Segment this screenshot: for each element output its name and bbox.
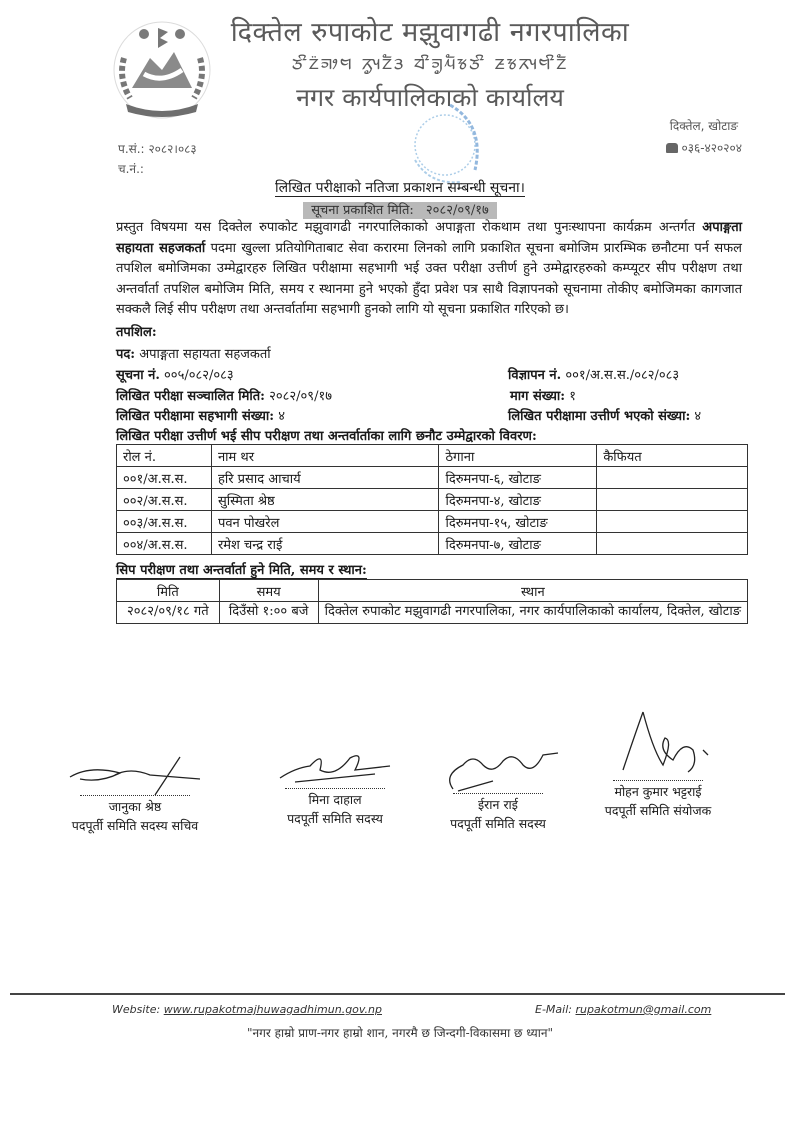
signatory-role: पदपूर्ती समिति सदस्य सचिव [45, 816, 225, 835]
tapasil-heading: तपशिल: [116, 322, 157, 340]
cell-remarks [597, 489, 748, 511]
cell-roll-no: ००१/अ.स.स. [117, 467, 212, 489]
cell-name: रमेश चन्द्र राई [211, 533, 439, 555]
org-name: दिक्तेल रुपाकोट मझुवागढी नगरपालिका [230, 12, 630, 49]
header-roll-no: रोल नं. [117, 445, 212, 467]
participants-count-field: लिखित परीक्षामा सहभागी संख्या: ४ [116, 406, 285, 424]
header-address: ठेगाना [439, 445, 597, 467]
reference-label: प.सं.: [118, 142, 145, 156]
header-time: समय [219, 580, 318, 602]
signatory-name: मिना दाहाल [255, 790, 415, 809]
footer-email: E-Mail: rupakotmun@gmail.com [535, 1003, 711, 1016]
published-date-value: २०८२/०९/१७ [422, 202, 493, 219]
cell-remarks [597, 511, 748, 533]
signature-icon [603, 710, 713, 780]
cell-roll-no: ००४/अ.स.स. [117, 533, 212, 555]
candidates-table: रोल नं. नाम थर ठेगाना कैफियत ००१/अ.स.स. … [116, 444, 748, 555]
notice-number-value: ००५/०८२/०८३ [164, 368, 234, 383]
email-label: E-Mail: [535, 1003, 572, 1016]
notice-number-field: सूचना नं. ००५/०८२/०८३ [116, 365, 234, 383]
signatory-role: पदपूर्ती समिति सदस्य [255, 809, 415, 828]
schedule-table-caption: सिप परीक्षण तथा अन्तर्वार्ता हुने मिति, … [116, 560, 367, 578]
advertisement-number-value: ००१/अ.स.स./०८२/०८३ [565, 368, 679, 383]
body-text-2: पदमा खुल्ला प्रतियोगिताबाट सेवा करारमा ल… [116, 241, 742, 318]
footer-website: Website: www.rupakotmajhuwagadhimun.gov.… [112, 1003, 382, 1016]
office-address: दिक्तेल, खोटाङ [670, 117, 738, 134]
signature-icon [275, 748, 395, 788]
signatory-name: मोहन कुमार भट्टराई [583, 782, 733, 801]
demand-count-value: १ [569, 389, 576, 404]
reference-value: २०८२।०८३ [148, 142, 196, 156]
passed-count-field: लिखित परीक्षामा उत्तीर्ण भएको संख्या: ४ [508, 406, 701, 424]
body-text-1: प्रस्तुत विषयमा यस दिक्तेल रुपाकोट मझुवा… [116, 220, 702, 235]
table-header-row: रोल नं. नाम थर ठेगाना कैफियत [117, 445, 748, 467]
dispatch-number: च.नं.: [118, 160, 144, 177]
post-field: पद: अपाङ्गता सहायता सहजकर्ता [116, 344, 271, 362]
cell-name: सुस्मिता श्रेष्ठ [211, 489, 439, 511]
advertisement-number-field: विज्ञापन नं. ००१/अ.स.स./०८२/०८३ [508, 365, 679, 383]
signature-icon [433, 745, 563, 793]
schedule-table: मिति समय स्थान २०८२/०९/१८ गते दिउँसो १:०… [116, 579, 748, 624]
website-link[interactable]: www.rupakotmajhuwagadhimun.gov.np [164, 1003, 382, 1016]
table-row: ००३/अ.स.स. पवन पोखरेल दिरुमनपा-१५, खोटाङ [117, 511, 748, 533]
table-row: ००४/अ.स.स. रमेश चन्द्र राई दिरुमनपा-७, ख… [117, 533, 748, 555]
office-phone: ०३६-४२०२०४ [666, 139, 743, 156]
signature-line [80, 795, 190, 796]
cell-time: दिउँसो १:०० बजे [219, 602, 318, 624]
advertisement-number-label: विज्ञापन नं. [508, 368, 561, 383]
exam-date-label: लिखित परीक्षा सञ्चालित मिति: [116, 389, 265, 404]
exam-date-value: २०८२/०९/१७ [269, 389, 332, 404]
signatory-member-1: मिना दाहाल पदपूर्ती समिति सदस्य [255, 748, 415, 828]
post-label: पद: [116, 347, 135, 362]
footer-motto: "नगर हाम्रो प्राण-नगर हाम्रो शान, नगरमै … [0, 1024, 800, 1041]
signatory-role: पदपूर्ती समिति सदस्य [418, 814, 578, 833]
participants-count-label: लिखित परीक्षामा सहभागी संख्या: [116, 409, 274, 424]
participants-count-value: ४ [278, 409, 285, 424]
signatory-member-secretary: जानुका श्रेष्ठ पदपूर्ती समिति सदस्य सचिव [45, 755, 225, 835]
cell-name: पवन पोखरेल [211, 511, 439, 533]
signature-line [453, 793, 543, 794]
signatory-name: जानुका श्रेष्ठ [45, 797, 225, 816]
dispatch-label: च.नं.: [118, 162, 144, 176]
signature-line [285, 788, 385, 789]
table-header-row: मिति समय स्थान [117, 580, 748, 602]
notice-title: लिखित परीक्षाको नतिजा प्रकाशन सम्बन्धी स… [0, 177, 800, 197]
cell-address: दिरुमनपा-६, खोटाङ [439, 467, 597, 489]
header-remarks: कैफियत [597, 445, 748, 467]
signatory-coordinator: मोहन कुमार भट्टराई पदपूर्ती समिति संयोजक [583, 710, 733, 820]
reference-number: प.सं.: २०८२।०८३ [118, 140, 197, 157]
cell-roll-no: ००३/अ.स.स. [117, 511, 212, 533]
signatory-role: पदपूर्ती समिति संयोजक [583, 801, 733, 820]
cell-address: दिरुमनपा-७, खोटाङ [439, 533, 597, 555]
website-label: Website: [112, 1003, 160, 1016]
cell-date: २०८२/०९/१८ गते [117, 602, 220, 624]
signatory-name: ईरान राई [418, 795, 578, 814]
notice-title-text: लिखित परीक्षाको नतिजा प्रकाशन सम्बन्धी स… [275, 180, 525, 197]
published-date: सूचना प्रकाशित मिति: २०८२/०९/१७ [0, 199, 800, 218]
candidates-caption-text: लिखित परीक्षा उत्तीर्ण भई सीप परीक्षण तथ… [116, 429, 537, 445]
nepal-emblem-icon [110, 18, 214, 122]
cell-address: दिरुमनपा-१५, खोटाङ [439, 511, 597, 533]
demand-count-label: माग संख्या: [510, 389, 565, 404]
passed-count-label: लिखित परीक्षामा उत्तीर्ण भएको संख्या: [508, 409, 690, 424]
passed-count-value: ४ [694, 409, 701, 424]
cell-venue: दिक्तेल रुपाकोट मझुवागढी नगरपालिका, नगर … [318, 602, 747, 624]
table-row: ००१/अ.स.स. हरि प्रसाद आचार्य दिरुमनपा-६,… [117, 467, 748, 489]
org-name-script: ᤍᤡᤁ᤺ᤈᤣᤗ ᤖᤢᤵᤁᤠᤋ ᤔᤡᤈᤢᤘᤠᤃᤍᤡ ᤏᤃᤖᤵᤗᤡᤁᤠ [230, 50, 630, 75]
email-link[interactable]: rupakotmun@gmail.com [575, 1003, 711, 1016]
demand-count-field: माग संख्या: १ [510, 386, 576, 404]
cell-remarks [597, 467, 748, 489]
cell-remarks [597, 533, 748, 555]
signatory-member-2: ईरान राई पदपूर्ती समिति सदस्य [418, 745, 578, 833]
post-value: अपाङ्गता सहायता सहजकर्ता [139, 347, 270, 362]
candidates-table-caption: लिखित परीक्षा उत्तीर्ण भई सीप परीक्षण तथ… [116, 426, 537, 444]
telephone-icon [666, 143, 678, 153]
signature-icon [60, 755, 210, 795]
cell-roll-no: ००२/अ.स.स. [117, 489, 212, 511]
notice-body: प्रस्तुत विषयमा यस दिक्तेल रुपाकोट मझुवा… [116, 218, 742, 321]
footer-divider [10, 993, 785, 995]
notice-number-label: सूचना नं. [116, 368, 160, 383]
cell-name: हरि प्रसाद आचार्य [211, 467, 439, 489]
schedule-caption-text: सिप परीक्षण तथा अन्तर्वार्ता हुने मिति, … [116, 563, 367, 579]
published-date-label: सूचना प्रकाशित मिति: [307, 202, 418, 219]
published-date-box: सूचना प्रकाशित मिति: २०८२/०९/१७ [303, 202, 497, 219]
cell-address: दिरुमनपा-४, खोटाङ [439, 489, 597, 511]
signature-line [613, 780, 703, 781]
header-date: मिति [117, 580, 220, 602]
exam-date-field: लिखित परीक्षा सञ्चालित मिति: २०८२/०९/१७ [116, 386, 332, 404]
header-name: नाम थर [211, 445, 439, 467]
table-row: २०८२/०९/१८ गते दिउँसो १:०० बजे दिक्तेल र… [117, 602, 748, 624]
table-row: ००२/अ.स.स. सुस्मिता श्रेष्ठ दिरुमनपा-४, … [117, 489, 748, 511]
phone-number: ०३६-४२०२०४ [682, 139, 743, 156]
header-venue: स्थान [318, 580, 747, 602]
